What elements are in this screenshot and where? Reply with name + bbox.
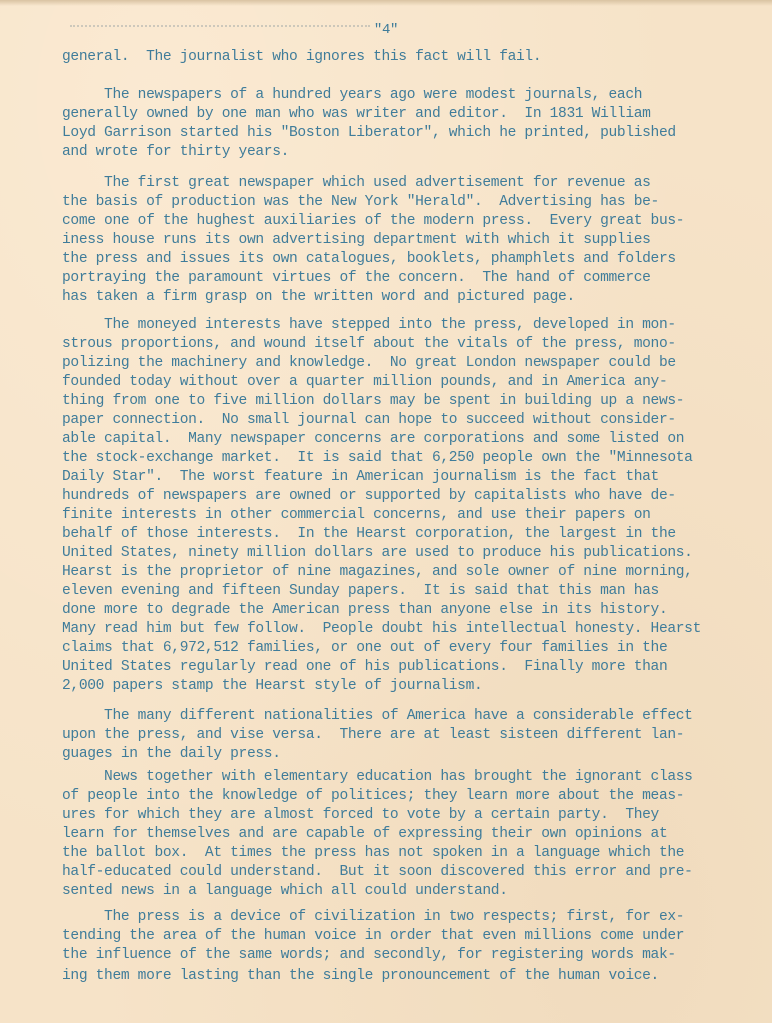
text-line: The first great newspaper which used adv… bbox=[62, 175, 651, 191]
text-line: done more to degrade the American press … bbox=[62, 602, 667, 618]
text-line: and wrote for thirty years. bbox=[62, 144, 289, 160]
text-line: learn for themselves and are capable of … bbox=[62, 826, 667, 842]
text-line: thing from one to five million dollars m… bbox=[62, 393, 684, 409]
text-line: general. The journalist who ignores this… bbox=[62, 49, 541, 65]
text-line: iness house runs its own advertising dep… bbox=[62, 232, 651, 248]
text-line: hundreds of newspapers are owned or supp… bbox=[62, 488, 676, 504]
text-line: able capital. Many newspaper concerns ar… bbox=[62, 431, 684, 447]
text-line: the basis of production was the New York… bbox=[62, 194, 659, 210]
text-line: ing them more lasting than the single pr… bbox=[62, 968, 659, 984]
text-line: tending the area of the human voice in o… bbox=[62, 928, 684, 944]
text-line: strous proportions, and wound itself abo… bbox=[62, 336, 676, 352]
text-line: portraying the paramount virtues of the … bbox=[62, 270, 651, 286]
text-line: United States, ninety million dollars ar… bbox=[62, 545, 693, 561]
text-line: Loyd Garrison started his "Boston Libera… bbox=[62, 125, 676, 141]
text-line: paper connection. No small journal can h… bbox=[62, 412, 676, 428]
text-line: The press is a device of civilization in… bbox=[62, 909, 684, 925]
typewritten-page: "4" general. The journalist who ignores … bbox=[0, 0, 772, 1023]
text-line: generally owned by one man who was write… bbox=[62, 106, 651, 122]
text-line: the press and issues its own catalogues,… bbox=[62, 251, 676, 267]
text-line: News together with elementary education … bbox=[62, 769, 693, 785]
text-line: eleven evening and fifteen Sunday papers… bbox=[62, 583, 659, 599]
text-line: 2,000 papers stamp the Hearst style of j… bbox=[62, 678, 482, 694]
text-line: ures for which they are almost forced to… bbox=[62, 807, 659, 823]
text-line: upon the press, and vise versa. There ar… bbox=[62, 727, 684, 743]
text-line: the influence of the same words; and sec… bbox=[62, 947, 676, 963]
text-line: finite interests in other commercial con… bbox=[62, 507, 651, 523]
text-line: The newspapers of a hundred years ago we… bbox=[62, 87, 642, 103]
text-line: Many read him but few follow. People dou… bbox=[62, 621, 701, 637]
text-line: founded today without over a quarter mil… bbox=[62, 374, 667, 390]
text-line: behalf of those interests. In the Hearst… bbox=[62, 526, 676, 542]
text-line: of people into the knowledge of politice… bbox=[62, 788, 684, 804]
text-line: the stock-exchange market. It is said th… bbox=[62, 450, 693, 466]
text-line: claims that 6,972,512 families, or one o… bbox=[62, 640, 667, 656]
text-line: The many different nationalities of Amer… bbox=[62, 708, 693, 724]
page-number: "4" bbox=[0, 22, 772, 38]
text-line: United States regularly read one of his … bbox=[62, 659, 667, 675]
text-line: The moneyed interests have stepped into … bbox=[62, 317, 676, 333]
text-line: polizing the machinery and knowledge. No… bbox=[62, 355, 676, 371]
text-line: guages in the daily press. bbox=[62, 746, 281, 762]
text-line: Daily Star". The worst feature in Americ… bbox=[62, 469, 659, 485]
text-line: Hearst is the proprietor of nine magazin… bbox=[62, 564, 693, 580]
text-line: sented news in a language which all coul… bbox=[62, 883, 508, 899]
text-line: the ballot box. At times the press has n… bbox=[62, 845, 684, 861]
text-line: come one of the hughest auxiliaries of t… bbox=[62, 213, 684, 229]
text-line: half-educated could understand. But it s… bbox=[62, 864, 693, 880]
text-line: has taken a firm grasp on the written wo… bbox=[62, 289, 575, 305]
paper-top-edge bbox=[0, 0, 772, 6]
